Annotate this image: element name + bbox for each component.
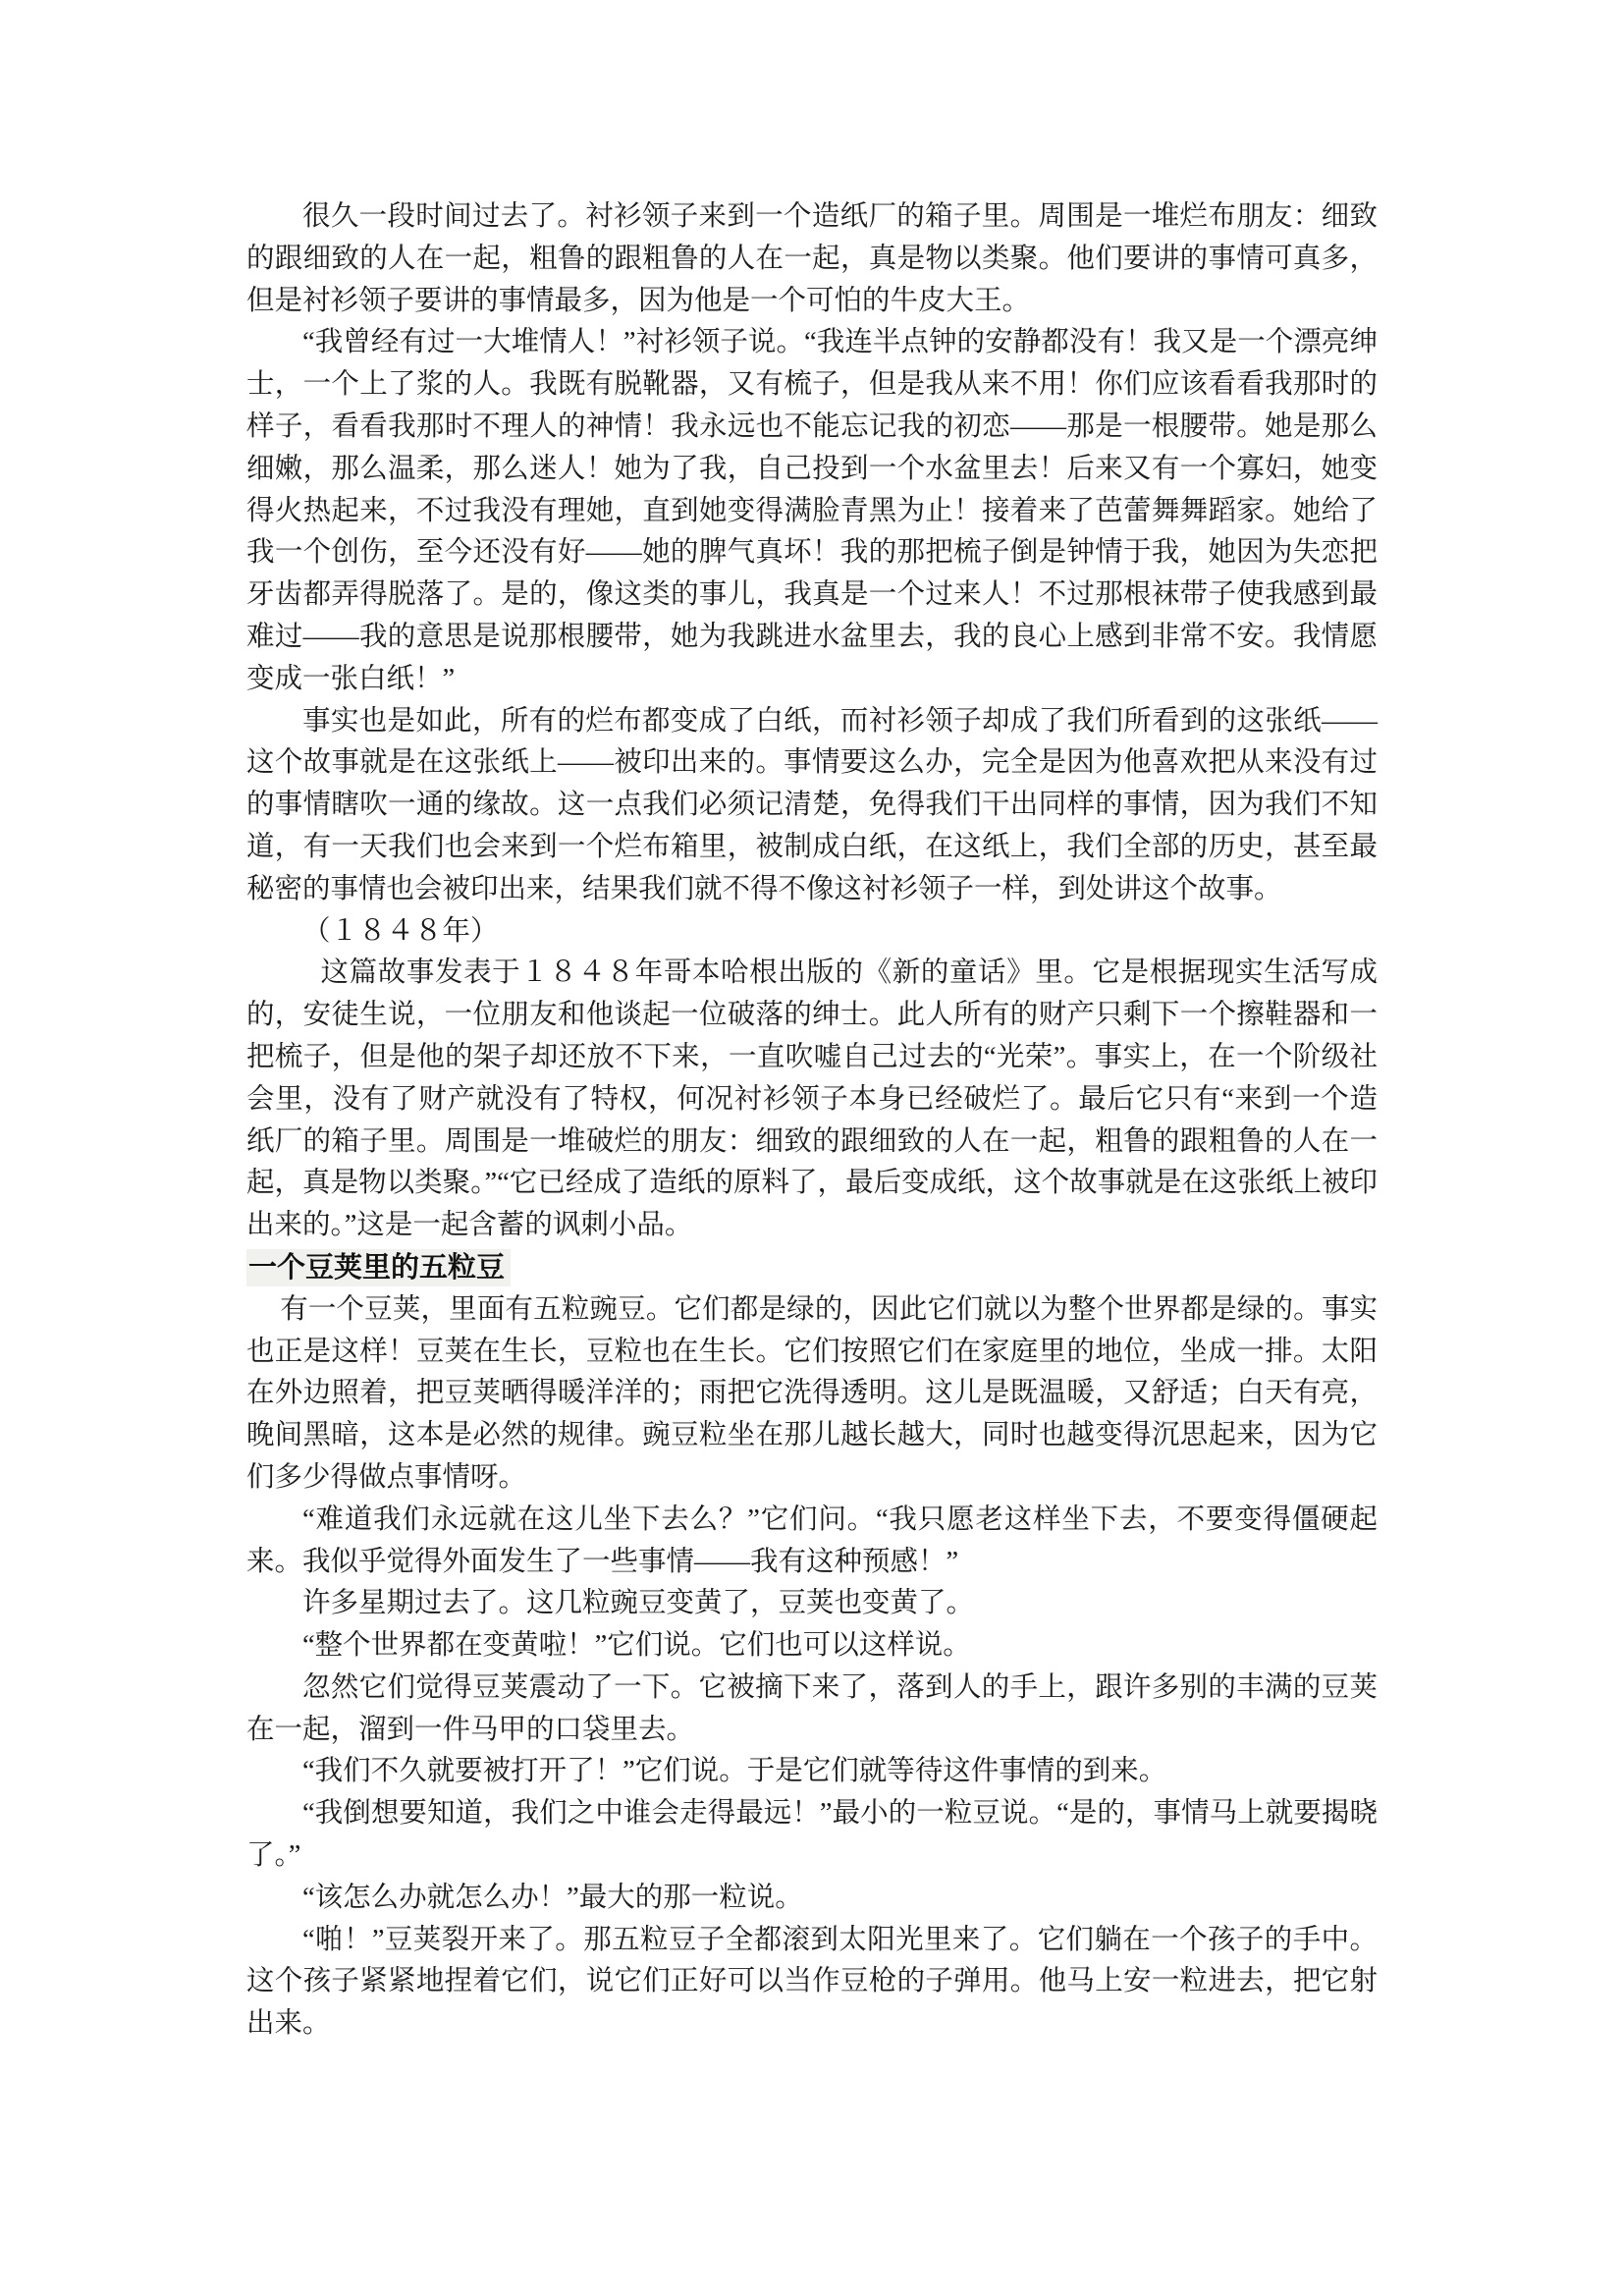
story1-commentary: 这篇故事发表于１８４８年哥本哈根出版的《新的童话》里。它是根据现实生活写成的，安…	[246, 953, 1378, 1247]
story2-heading: 一个豆荚里的五粒豆	[246, 1247, 1378, 1289]
story1-paragraph-2: “我曾经有过一大堆情人！”衬衫领子说。“我连半点钟的安静都没有！我又是一个漂亮绅…	[246, 322, 1378, 700]
story2-title: 一个豆荚里的五粒豆	[246, 1249, 511, 1286]
story2-paragraph-8: “该怎么办就怎么办！”最大的那一粒说。	[246, 1878, 1378, 1920]
story1-paragraph-3: 事实也是如此，所有的烂布都变成了白纸，而衬衫领子却成了我们所看到的这张纸——这个…	[246, 701, 1378, 911]
document-page: 很久一段时间过去了。衬衫领子来到一个造纸厂的箱子里。周围是一堆烂布朋友：细致的跟…	[0, 0, 1623, 2296]
story2-paragraph-6: “我们不久就要被打开了！”它们说。于是它们就等待这件事情的到来。	[246, 1751, 1378, 1793]
story2-paragraph-5: 忽然它们觉得豆荚震动了一下。它被摘下来了，落到人的手上，跟许多别的丰满的豆荚在一…	[246, 1667, 1378, 1752]
story2-paragraph-7: “我倒想要知道，我们之中谁会走得最远！”最小的一粒豆说。“是的，事情马上就要揭晓…	[246, 1793, 1378, 1878]
story2-paragraph-4: “整个世界都在变黄啦！”它们说。它们也可以这样说。	[246, 1625, 1378, 1667]
story2-paragraph-3: 许多星期过去了。这几粒豌豆变黄了，豆荚也变黄了。	[246, 1583, 1378, 1625]
story2-paragraph-1: 有一个豆荚，里面有五粒豌豆。它们都是绿的，因此它们就以为整个世界都是绿的。事实也…	[246, 1289, 1378, 1500]
story1-year-note: （１８４８年）	[246, 911, 1378, 954]
story1-paragraph-1: 很久一段时间过去了。衬衫领子来到一个造纸厂的箱子里。周围是一堆烂布朋友：细致的跟…	[246, 196, 1378, 322]
story2-paragraph-2: “难道我们永远就在这儿坐下去么？”它们问。“我只愿老这样坐下去，不要变得僵硬起来…	[246, 1500, 1378, 1584]
story2-paragraph-9: “啪！”豆荚裂开来了。那五粒豆子全都滚到太阳光里来了。它们躺在一个孩子的手中。这…	[246, 1920, 1378, 2046]
text-content: 很久一段时间过去了。衬衫领子来到一个造纸厂的箱子里。周围是一堆烂布朋友：细致的跟…	[246, 196, 1378, 2046]
